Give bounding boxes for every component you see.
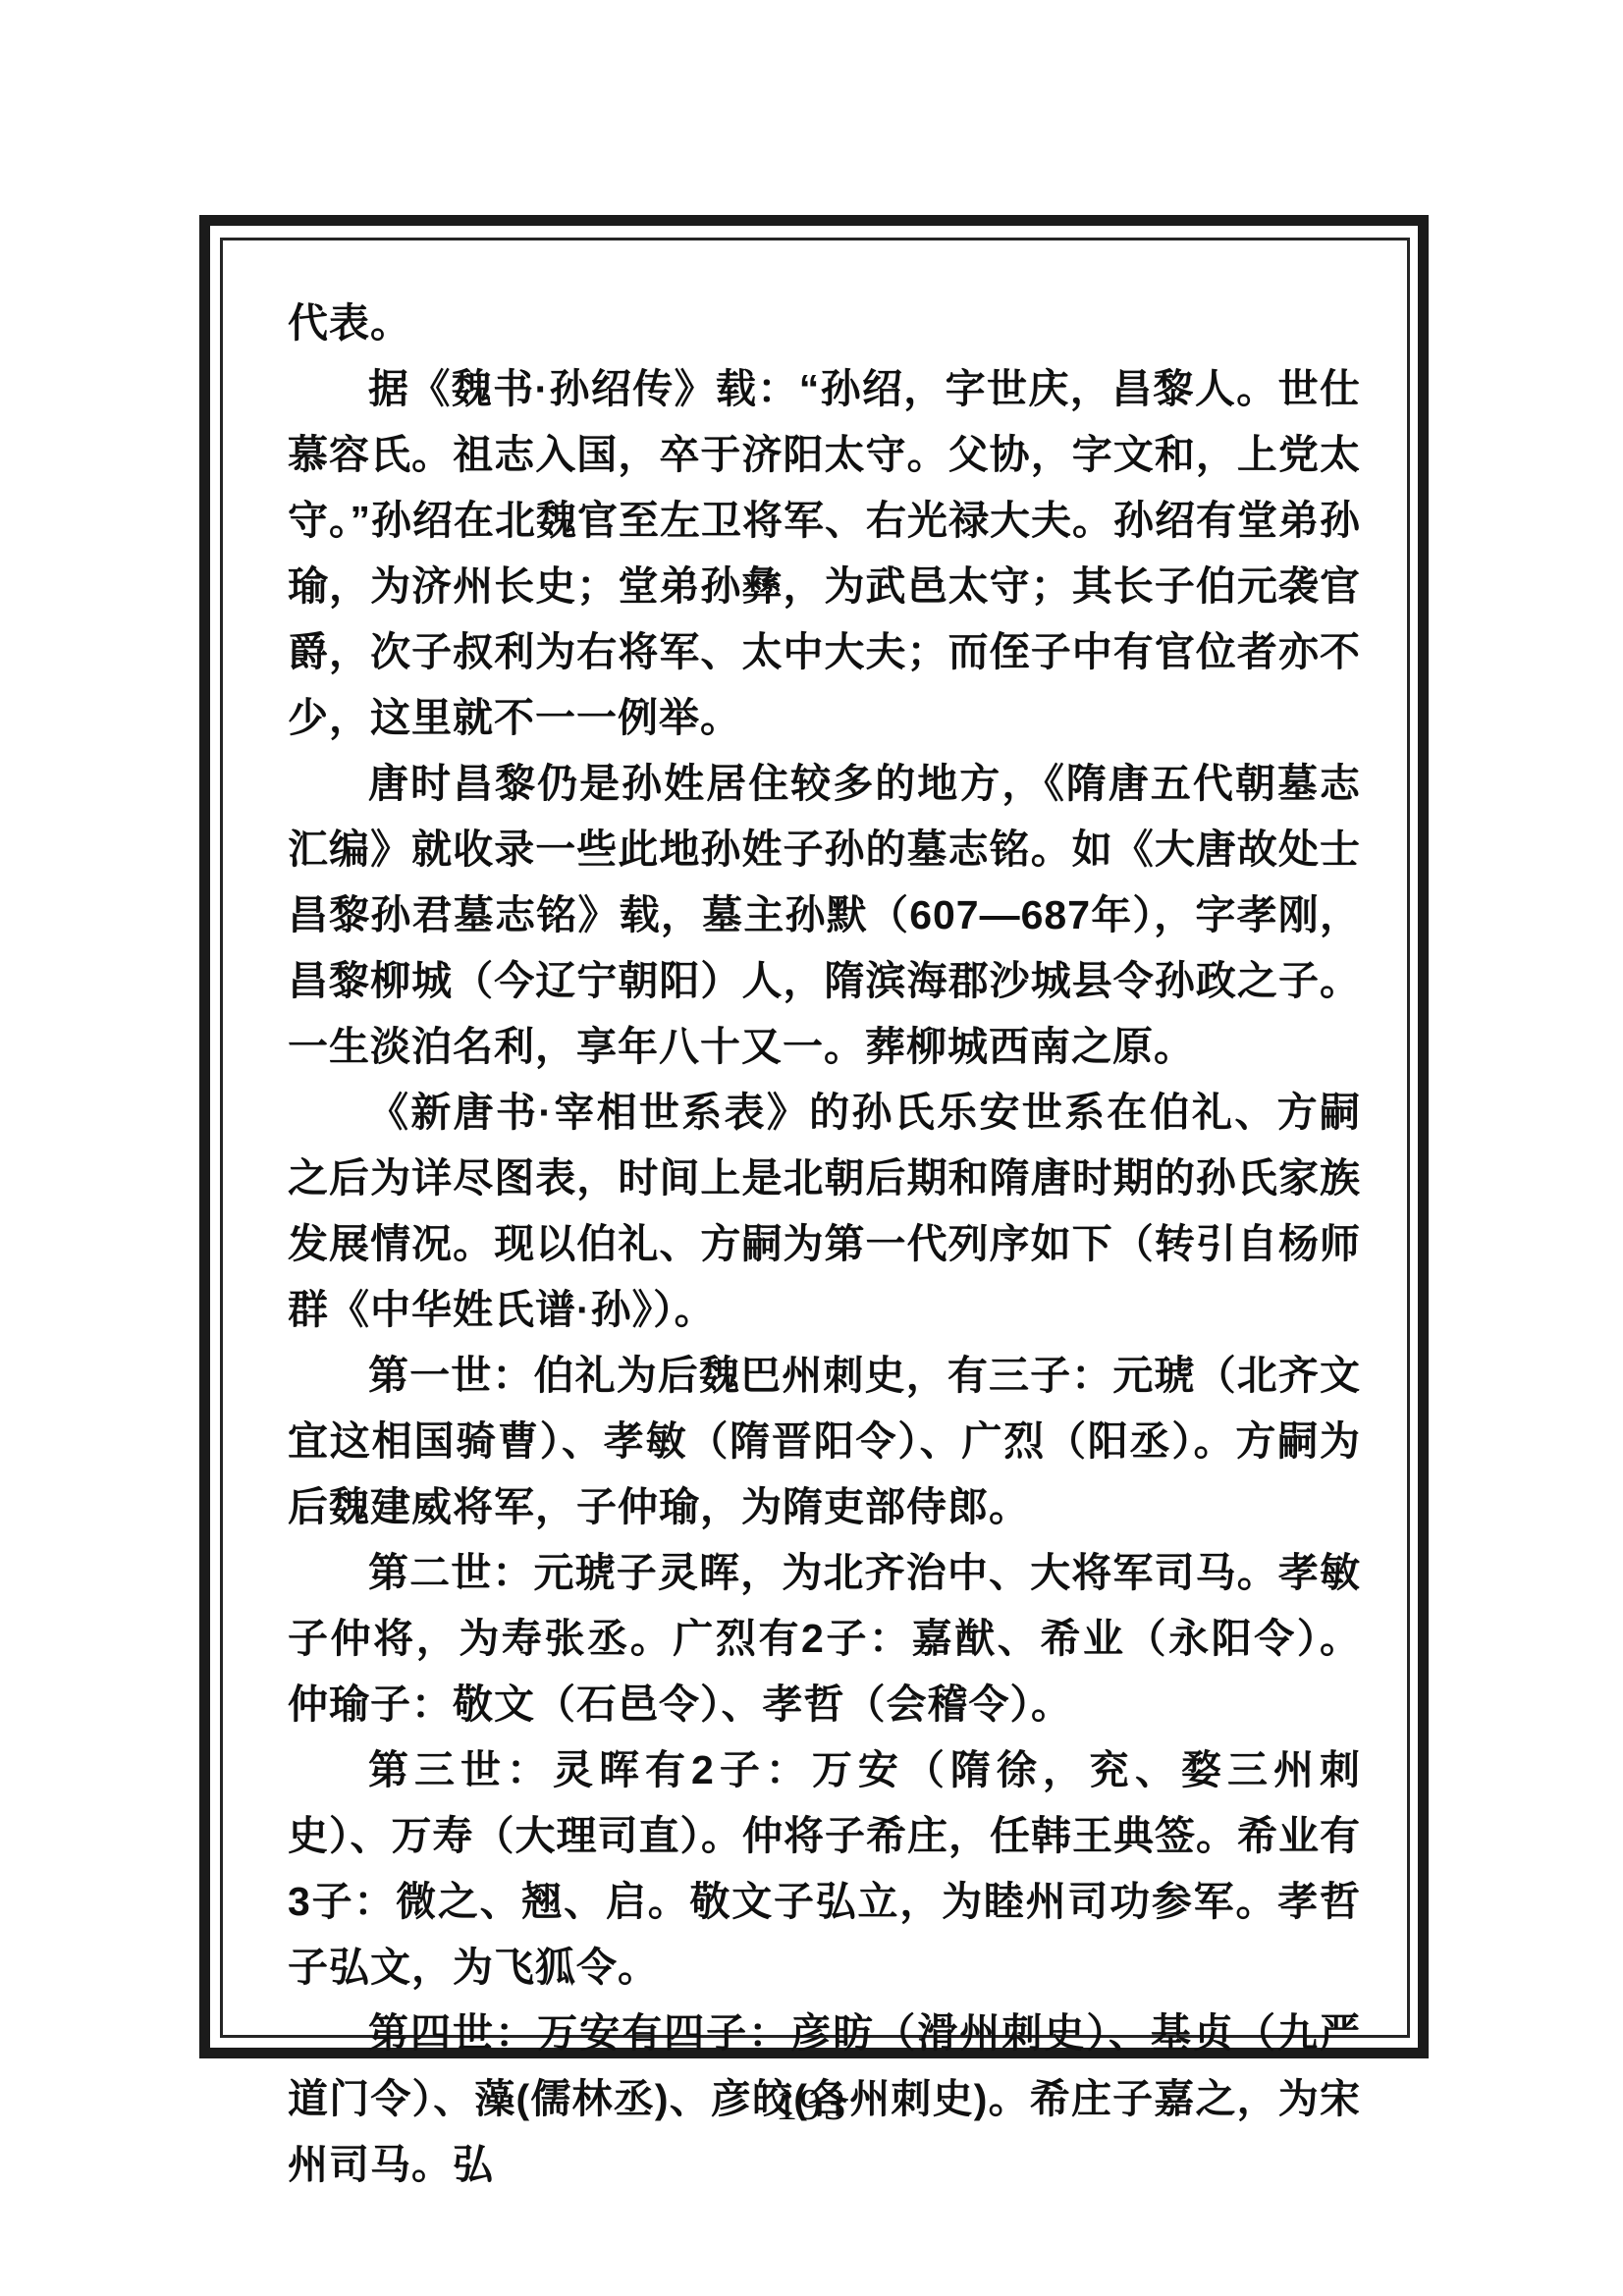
paragraph: 第三世：灵晖有2子：万安（隋徐，兖、婺三州刺史）、万寿（大理司直）。仲将子希庄，…: [288, 1737, 1361, 2001]
paragraph: 据《魏书·孙绍传》载：“孙绍，字世庆，昌黎人。世仕慕容氏。祖志入国，卒于济阳太守…: [288, 356, 1361, 751]
book-page: { "page": { "number": "193" }, "colors":…: [0, 0, 1623, 2296]
paragraph: 代表。: [288, 291, 1361, 356]
page-text: 代表。 据《魏书·孙绍传》载：“孙绍，字世庆，昌黎人。世仕慕容氏。祖志入国，卒于…: [288, 291, 1361, 2198]
paragraph: 第一世：伯礼为后魏巴州刺史，有三子：元琥（北齐文宜这相国骑曹）、孝敏（隋晋阳令）…: [288, 1343, 1361, 1540]
page-number: 193: [0, 2079, 1623, 2130]
paragraph: 唐时昌黎仍是孙姓居住较多的地方，《隋唐五代朝墓志汇编》就收录一些此地孙姓子孙的墓…: [288, 751, 1361, 1080]
paragraph: 《新唐书·宰相世系表》的孙氏乐安世系在伯礼、方嗣之后为详尽图表，时间上是北朝后期…: [288, 1080, 1361, 1343]
paragraph: 第二世：元琥子灵晖，为北齐治中、大将军司马。孝敏子仲将，为寿张丞。广烈有2子：嘉…: [288, 1540, 1361, 1737]
